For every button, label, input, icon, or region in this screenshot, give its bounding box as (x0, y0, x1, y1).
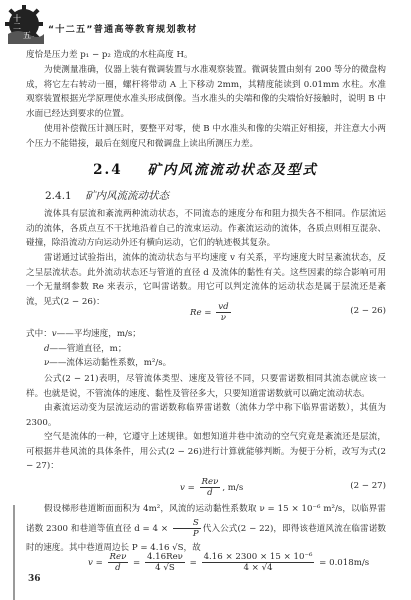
document-page: 十 二 五 “十二五”普通高等教育规划教材 度恰是压力差 p₁ − p₂ 造成的… (0, 0, 411, 600)
subsection-heading: 2.4.1 矿内风流流动状态 (45, 188, 169, 203)
svg-text:二: 二 (13, 22, 21, 31)
running-header: 十 二 五 “十二五”普通高等教育规划教材 (4, 4, 304, 44)
paragraph-flow-states: 流体具有层流和紊流两种流动状态，不同流态的速度分布和阻力损失各不相同。作层流运动… (26, 207, 386, 251)
equation-number-2-26: (2 − 26) (350, 306, 386, 316)
paragraph-usage: 使用补偿微压计测压时，要整平对零，使 B 中水准头和像的尖端正好相接，并注意大小… (26, 122, 386, 151)
symbol-item: ν——流体运动黏性系数，m²/s。 (26, 356, 171, 371)
symbol-item: d——管道直径，m； (26, 342, 171, 357)
paragraph-air-flow: 空气是流体的一种，它遵守上述规律。如想知道井巷中流动的空气究竟是紊流还是层流，可… (26, 430, 386, 474)
equation-2-27: v = Reνd, m/s (180, 477, 243, 498)
paragraph-continuation: 度恰是压力差 p₁ − p₂ 造成的水柱高度 H。 (26, 48, 386, 63)
equation-velocity-result: v = Reνd = 4.16Reν4 √S = 4.16 × 2300 × 1… (88, 552, 369, 573)
section-heading: 2.4 矿内风流流动状态及型式 (0, 158, 411, 178)
paragraph-critical-re: 由紊流运动变为层流运动的雷诺数称临界雷诺数（流体力学中称下临界雷诺数），其值为 … (26, 401, 386, 430)
section-title: 矿内风流流动状态及型式 (147, 162, 318, 178)
paragraph-micro-adjust: 为使测量准确，仪器上装有微调装置与水准观察装置。微调装置由刻有 200 等分的微… (26, 63, 386, 122)
subsection-number: 2.4.1 (45, 190, 72, 202)
symbol-item: 式中：v——平均速度，m/s； (26, 327, 171, 342)
gear-logo-icon: 十 二 五 (4, 4, 44, 44)
paragraph-reynolds: 雷诺通过试验指出，流体的流动状态与平均速度 v 有关系，平均速度大时呈紊流状态，… (26, 251, 386, 310)
paragraph-example: 假设梯形巷道断面面积为 4m²，风流的运动黏性系数取 ν = 15 × 10⁻⁶… (26, 500, 386, 557)
paragraph-formula-meaning: 公式(2 − 21)表明，尽管流体类型、速度及管径不同，只要雷诺数相同其流态就应… (26, 372, 386, 401)
page-number: 36 (28, 574, 41, 584)
equation-2-26: Re = vdν (190, 302, 233, 323)
subsection-title: 矿内风流流动状态 (85, 190, 169, 202)
equation-number-2-27: (2 − 27) (350, 481, 386, 491)
symbol-list: 式中：v——平均速度，m/s； d——管道直径，m； ν——流体运动黏性系数，m… (26, 327, 171, 371)
svg-text:五: 五 (23, 31, 31, 40)
section-number: 2.4 (93, 162, 123, 178)
page-edge-rule (13, 505, 15, 600)
series-title: “十二五”普通高等教育规划教材 (48, 21, 198, 35)
